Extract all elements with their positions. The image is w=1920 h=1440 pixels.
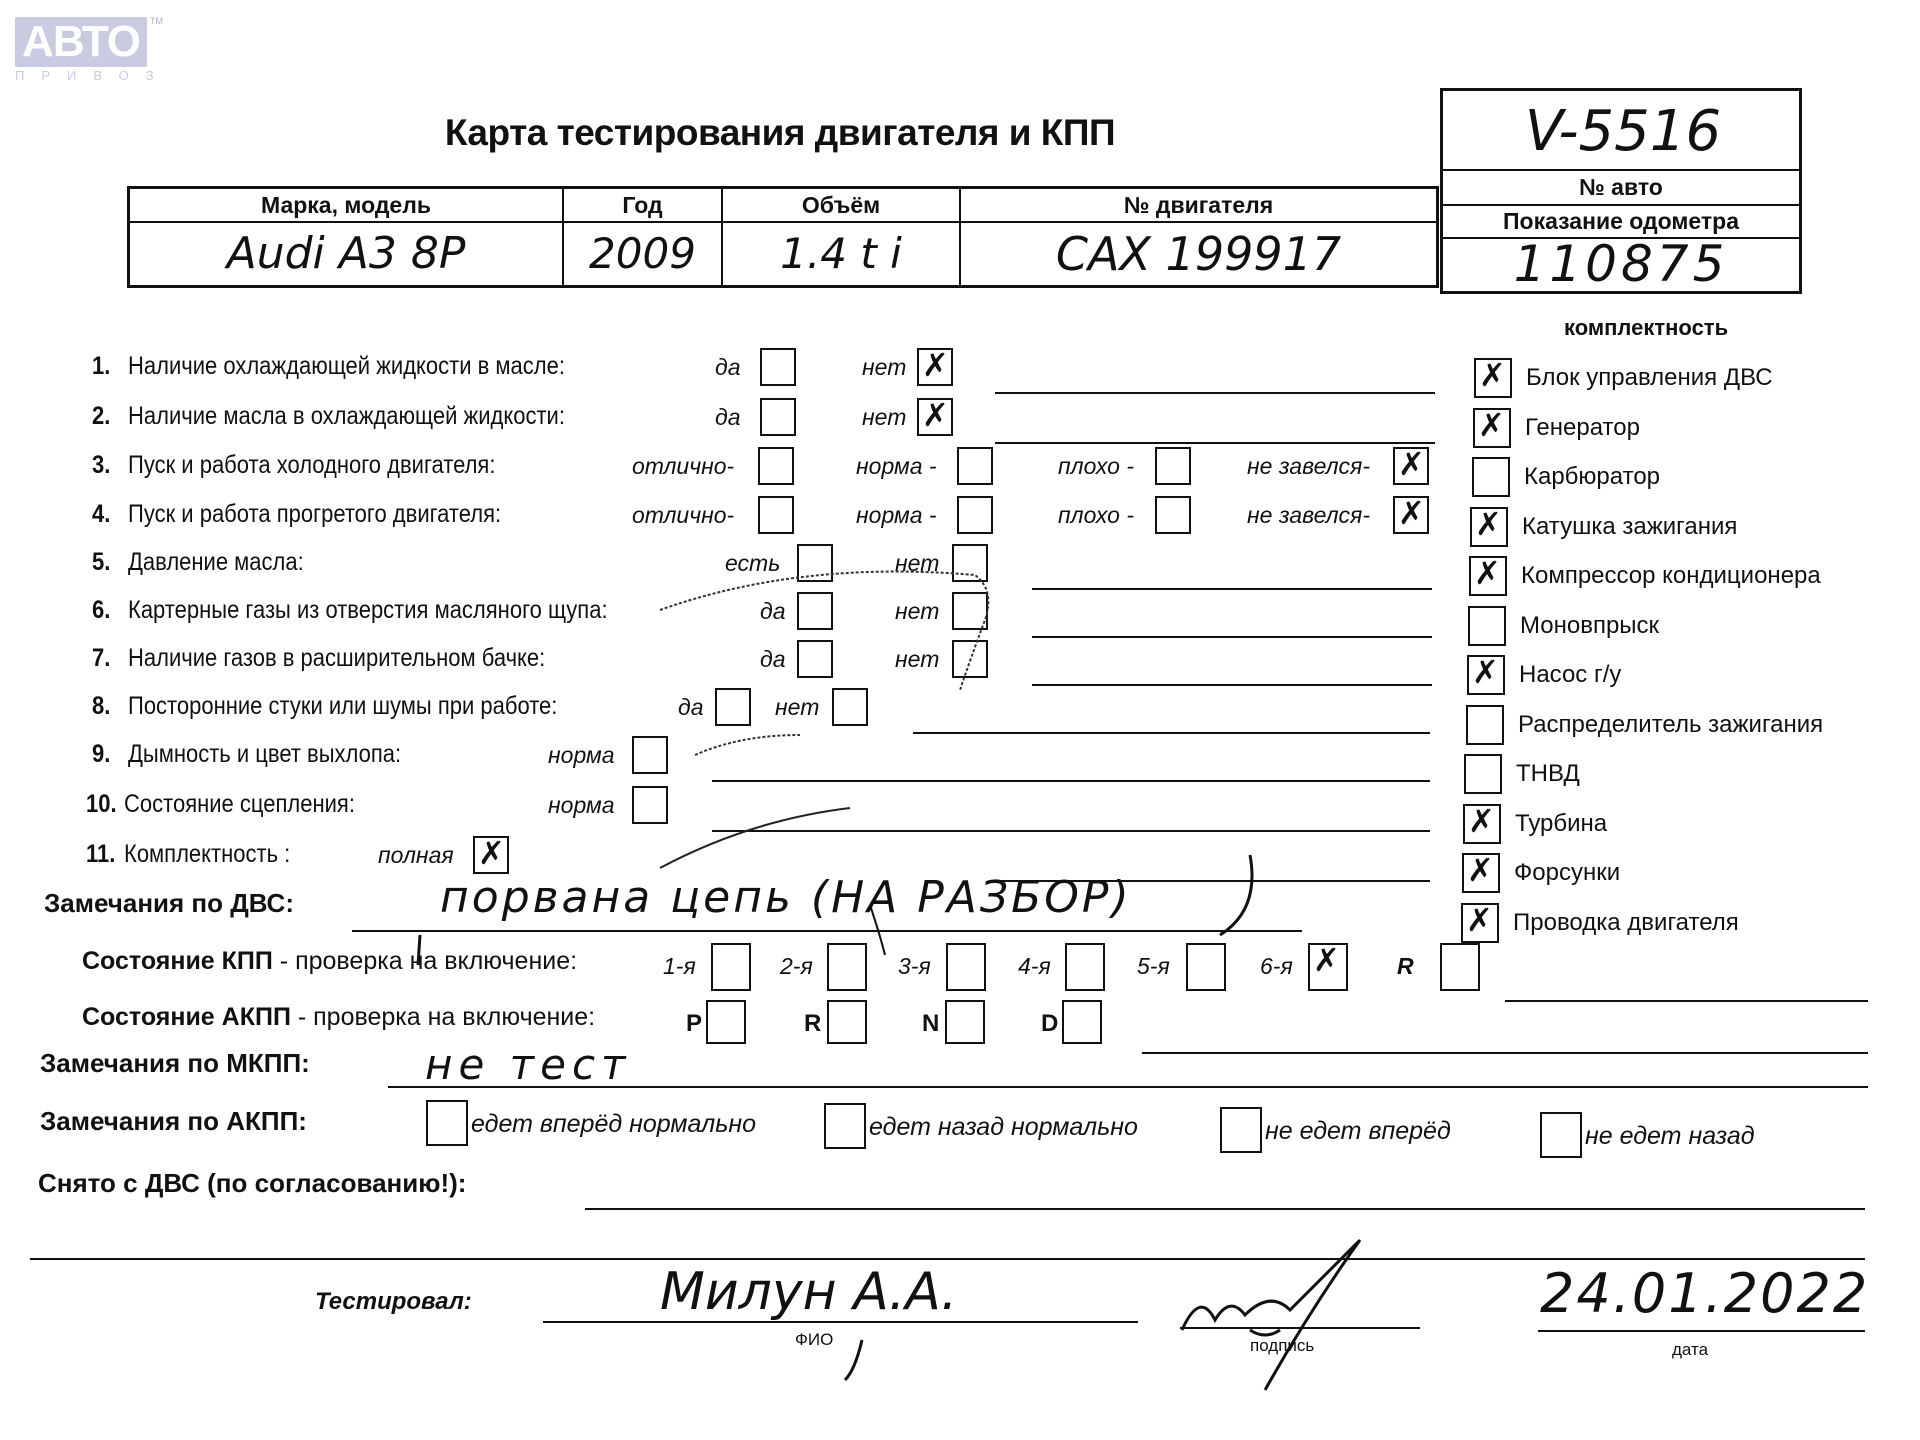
pen-strokes-icon — [0, 0, 1920, 1440]
